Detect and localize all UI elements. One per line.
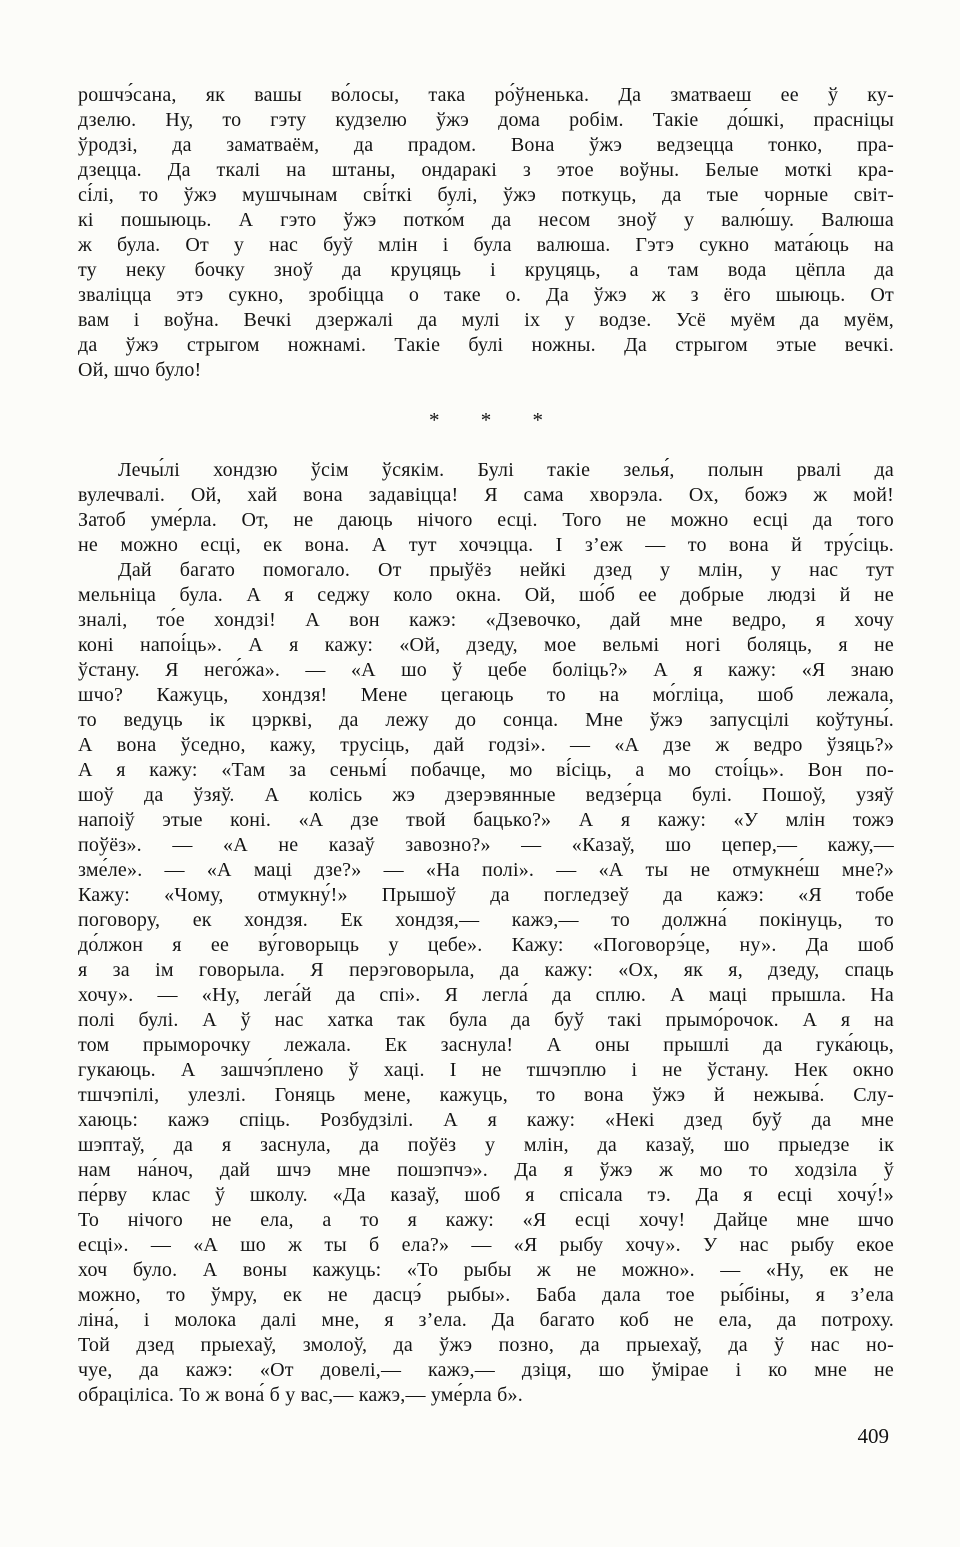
text-line: Той дзед прыехаў, змолоў, да ўжэ позно, …: [78, 1333, 894, 1358]
text-line: Затоб уме́рла. От, не даюць нічого есці.…: [78, 508, 894, 533]
text-line: То нічого не ела, а то я кажу: «Я есці х…: [78, 1208, 894, 1233]
text-line: А вона ўседно, кажу, трусіць, дай годзі»…: [78, 733, 894, 758]
text-line: напоіў этые коні. «А дзе твой бацько?» А…: [78, 808, 894, 833]
text-line: Лечы́лі хондзю ўсім ўсякім. Булі такіе з…: [78, 458, 894, 483]
text-line: зваліцца этэ сукно, зробіцца о таке о. Д…: [78, 283, 894, 308]
text-line: гукаюць. А зашчэ́плено ў хаці. І не тшчэ…: [78, 1058, 894, 1083]
text-line: дзецца. Да ткалі на штаны, ондаракі з эт…: [78, 158, 894, 183]
text-line: Кажу: «Чому, отмукну́!» Прышоў да поглед…: [78, 883, 894, 908]
text-line: поговору, ек хондзя. Ек хондзя,— кажэ,— …: [78, 908, 894, 933]
text-line: зме́ле». — «А маці дзе?» — «На полі». — …: [78, 858, 894, 883]
text-line: зналі, то́е хондзі! А вон кажэ: «Дзевочк…: [78, 608, 894, 633]
text-line: хочу». — «Ну, лега́й да спі». Я легла́ д…: [78, 983, 894, 1008]
page-number: 409: [78, 1424, 894, 1449]
paragraph-2: Лечы́лі хондзю ўсім ўсякім. Булі такіе з…: [78, 458, 894, 558]
text-line: поўёз». — «А не казаў завозно?» — «Казаў…: [78, 833, 894, 858]
text-line: ўродзі, да заматваём, да прадом. Вона ўж…: [78, 133, 894, 158]
text-line: коні напоі́ць». А я кажу: «Ой, дзеду, мо…: [78, 633, 894, 658]
text-line: шэптаў, да я заснула, да поўёз у млін, д…: [78, 1133, 894, 1158]
text-line: мельніца була. А я седжу коло окна. Ой, …: [78, 583, 894, 608]
text-line: рошчэ́сана, як вашы во́лосы, така ро́ўне…: [78, 83, 894, 108]
text-line: я за ім говорыла. Я перэговорыла, да каж…: [78, 958, 894, 983]
text-line: шчо? Кажуць, хондзя! Мене цегаюць то на …: [78, 683, 894, 708]
text-line: хаюць: кажэ спіць. Розбудзілі. А я кажу:…: [78, 1108, 894, 1133]
text-line: можно, то ўмру, ек не дасцэ́ рыбы». Баба…: [78, 1283, 894, 1308]
text-line: кі пошыюць. А гэто ўжэ потко́м да несом …: [78, 208, 894, 233]
text-line: не можно есці, ек вона. А тут хочэцца. І…: [78, 533, 894, 558]
text-line: тшчэпілі, улезлі. Гоняць мене, кажуць, т…: [78, 1083, 894, 1108]
text-line: пе́рву клас ў школу. «Да казаў, шоб я сп…: [78, 1183, 894, 1208]
text-line: Дай багато помогало. От прыўёз нейкі дзе…: [78, 558, 894, 583]
text-line: ліна́, і молока далі мне, я з’ела. Да ба…: [78, 1308, 894, 1333]
text-line: Ой, шчо було!: [78, 358, 894, 383]
text-block: рошчэ́сана, як вашы во́лосы, така ро́ўне…: [78, 83, 894, 1408]
text-line: сі́лі, то ўжэ мушчынам сві́ткі булі, ўжэ…: [78, 183, 894, 208]
text-line: нам на́ноч, дай шчэ мне пошэпчэ». Да я ў…: [78, 1158, 894, 1183]
text-line: ту неку бочку зноў да круцяць і круцяць,…: [78, 258, 894, 283]
section-divider: * * *: [78, 383, 894, 458]
text-line: обраціліса. То ж вона́ б у вас,— кажэ,— …: [78, 1383, 894, 1408]
text-line: А я кажу: «Там за сеньмі́ побачце, мо ві…: [78, 758, 894, 783]
text-line: ўстану. Я него́жа». — «А шо ў цебе боліц…: [78, 658, 894, 683]
text-line: чуе, да кажэ: «От довелі,— кажэ,— дзіця,…: [78, 1358, 894, 1383]
text-line: том прыморочку лежала. Ек заснула! А оны…: [78, 1033, 894, 1058]
text-line: ж була. От у нас буў млін і була валюша.…: [78, 233, 894, 258]
paragraph-continuation: рошчэ́сана, як вашы во́лосы, така ро́ўне…: [78, 83, 894, 383]
text-line: дзелю. Ну, то гэту кудзелю ўжэ дома робі…: [78, 108, 894, 133]
text-line: шоў да ўзяў. А колісь жэ дзерэвянные вед…: [78, 783, 894, 808]
book-page: рошчэ́сана, як вашы во́лосы, така ро́ўне…: [0, 0, 960, 1547]
text-line: есці». — «А шо ж ты б ела?» — «Я рыбу хо…: [78, 1233, 894, 1258]
text-line: хоч було. А воны кажуць: «То рыбы ж не м…: [78, 1258, 894, 1283]
text-line: вам і воўна. Вечкі дзержалі да мулі іх у…: [78, 308, 894, 333]
paragraph-3: Дай багато помогало. От прыўёз нейкі дзе…: [78, 558, 894, 1408]
text-line: то ведуць ік цэркві, да лежу до сонца. М…: [78, 708, 894, 733]
text-line: да ўжэ стрыгом ножнамі. Такіе булі ножны…: [78, 333, 894, 358]
text-line: вулечвалі. Ой, хай вона задавіцца! Я сам…: [78, 483, 894, 508]
text-line: до́лжон я ее ву́говорыць у цебе». Кажу: …: [78, 933, 894, 958]
text-line: полі булі. А ў нас хатка так була да буў…: [78, 1008, 894, 1033]
